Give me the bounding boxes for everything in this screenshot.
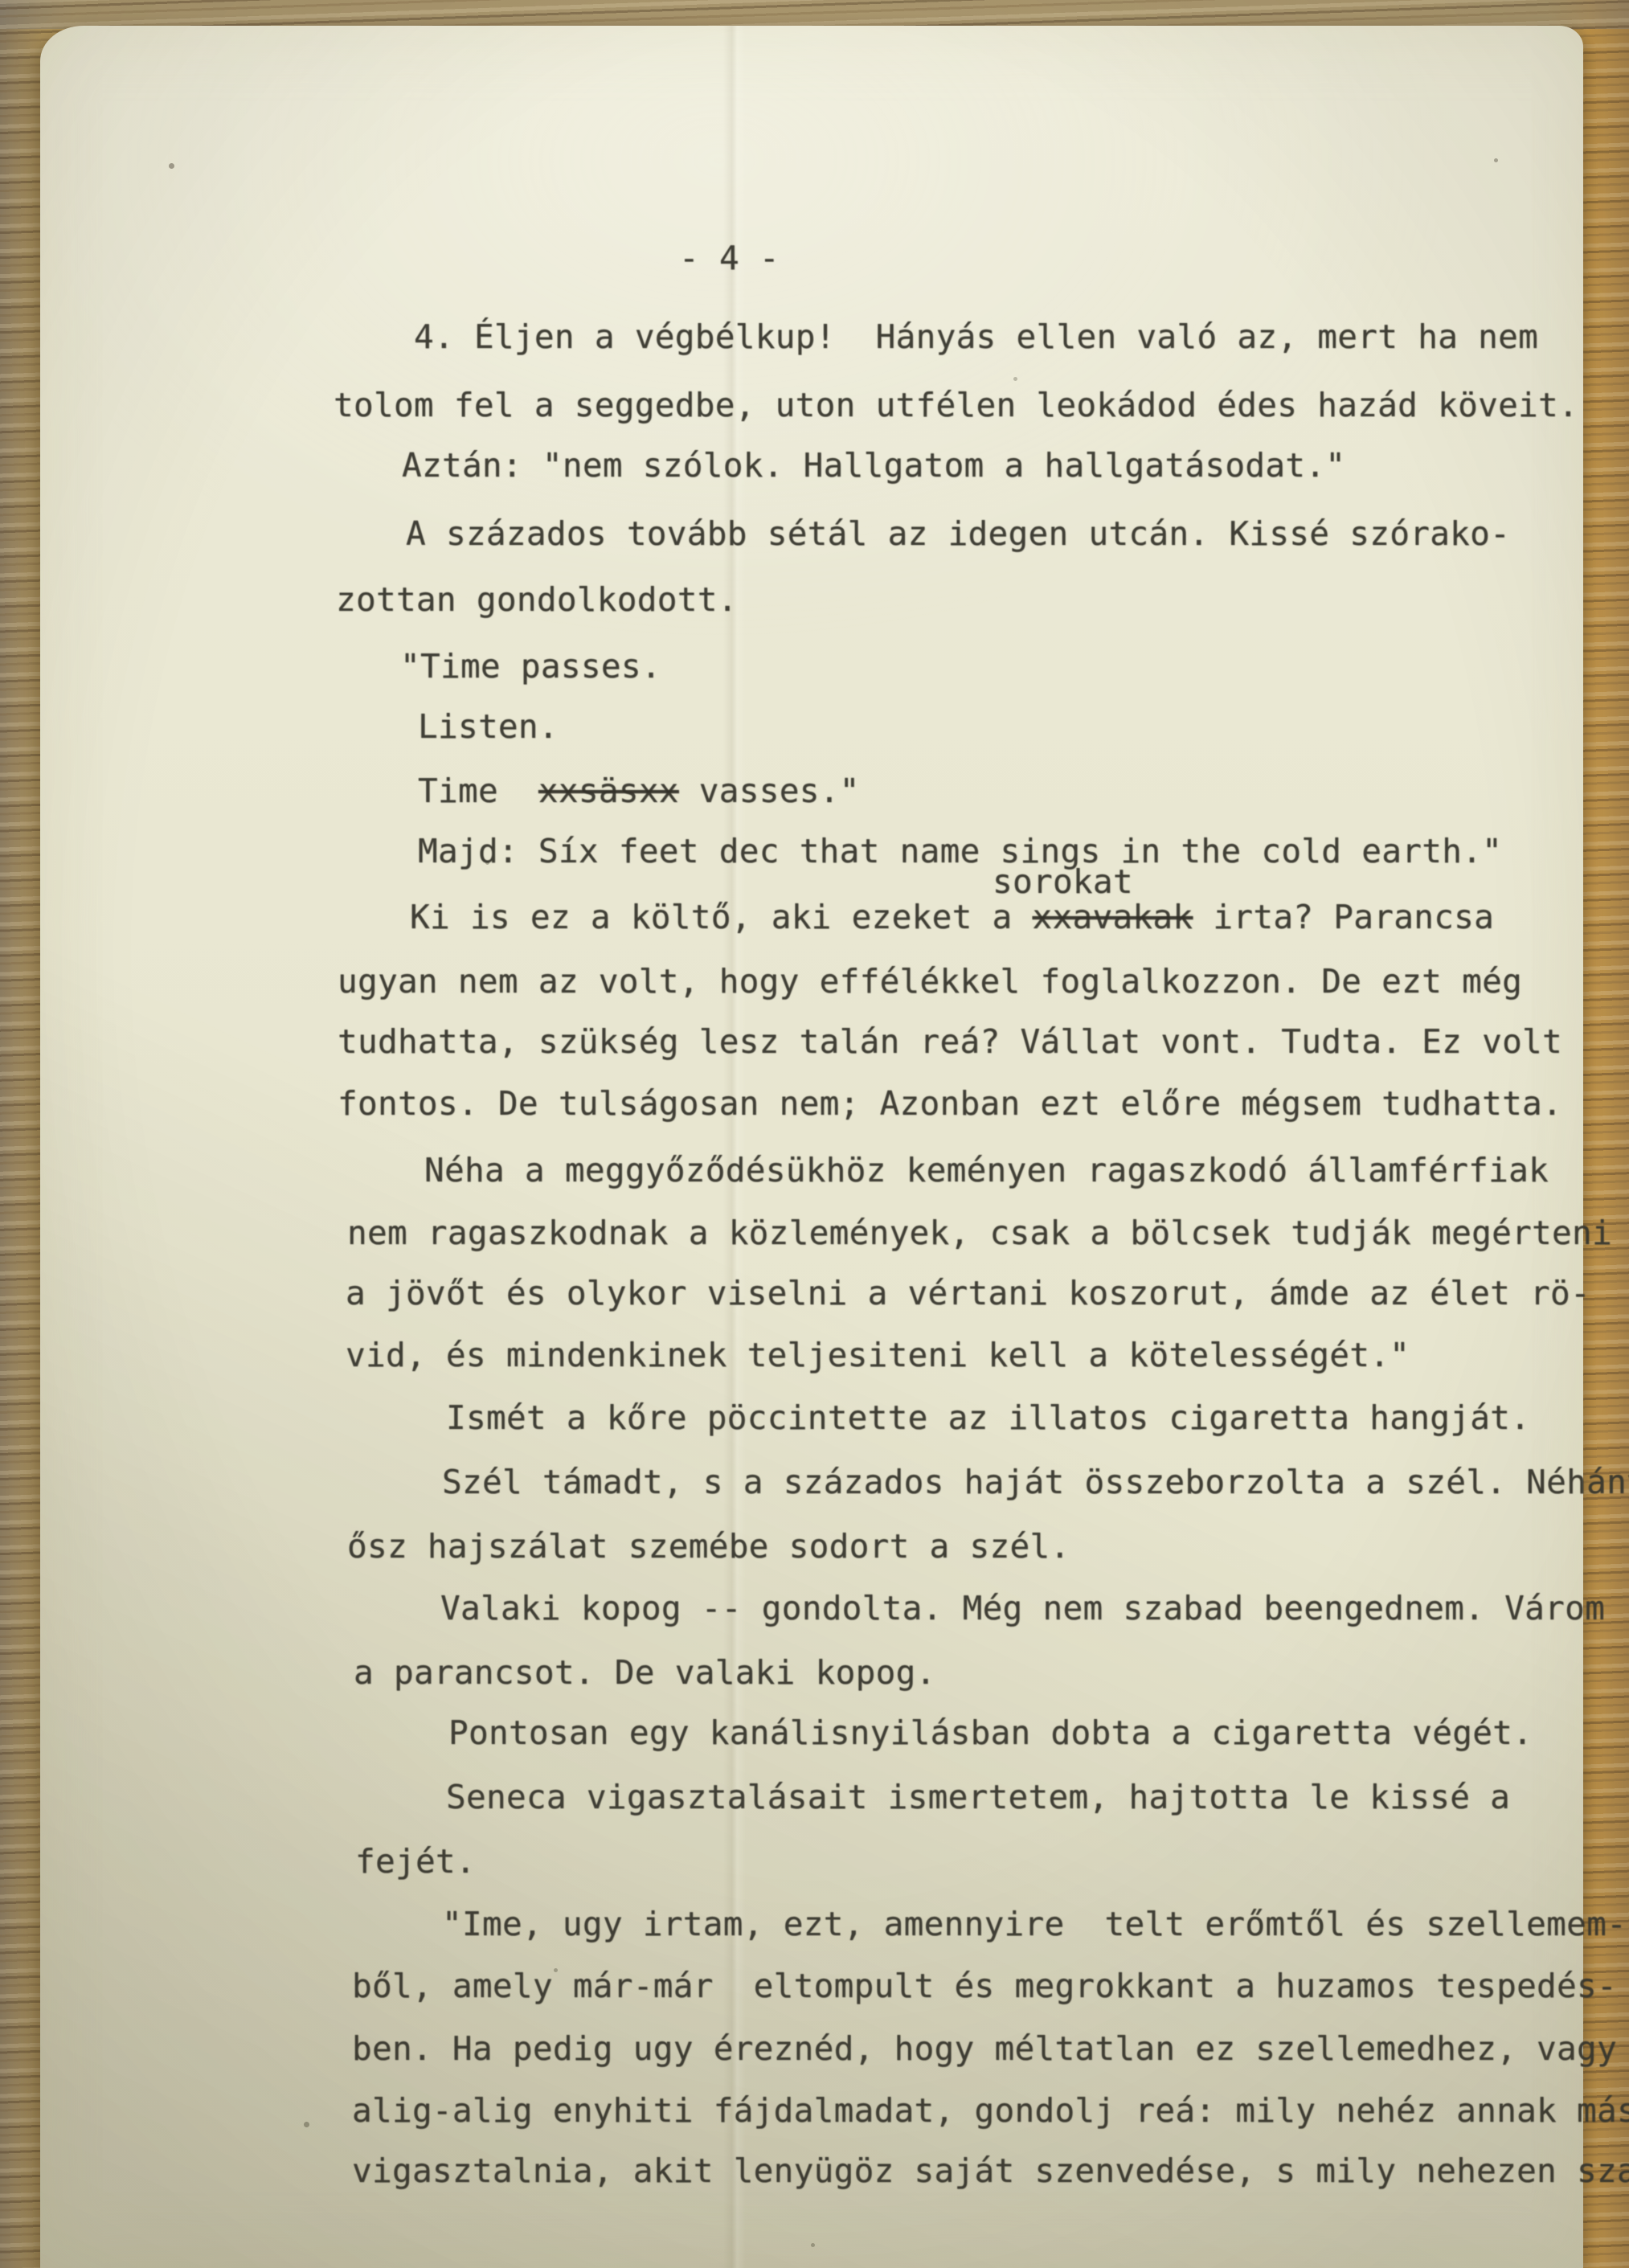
typed-line: Valaki kopog -- gondolta. Még nem szabad… [440,1592,1605,1625]
desk-surface: - 4 -4. Éljen a végbélkup! Hányás ellen … [0,0,1629,2268]
typed-line: ben. Ha pedig ugy éreznéd, hogy méltatla… [352,2033,1617,2065]
typed-text: nem ragaszkodnak a közlemények, csak a b… [347,1214,1612,1252]
typed-line: ősz hajszálat szemébe sodort a szél. [347,1530,1070,1563]
typed-text: a parancsot. De valaki kopog. [354,1653,936,1692]
typed-text: "Time passes. [400,647,661,686]
typewritten-page: - 4 -4. Éljen a végbélkup! Hányás ellen … [40,26,1583,2268]
typed-text: Valaki kopog -- gondolta. Még nem szabad… [440,1589,1605,1627]
typed-line: "Ime, ugy irtam, ezt, amennyire telt erő… [442,1908,1627,1941]
typed-line: Ismét a kőre pöccintette az illatos ciga… [446,1402,1530,1435]
typed-text: tolom fel a seggedbe, uton utfélen leoká… [334,386,1578,424]
typed-line: ugyan nem az volt, hogy effélékkel fogla… [338,965,1522,998]
typed-text: 4. Éljen a végbélkup! Hányás ellen való … [414,317,1538,356]
typed-text: ben. Ha pedig ugy éreznéd, hogy méltatla… [352,2029,1617,2068]
typed-line: Pontosan egy kanálisnyilásban dobta a ci… [448,1717,1533,1750]
typed-text: Seneca vigasztalásait ismertetem, hajtot… [446,1778,1510,1816]
typed-text: ből, amely már-már eltompult és megrokka… [352,1967,1617,2005]
typed-line: a parancsot. De valaki kopog. [354,1656,936,1689]
typed-text: Listen. [418,707,559,746]
typed-line: 4. Éljen a végbélkup! Hányás ellen való … [414,321,1538,354]
typed-line: Ki is ez a költő, aki ezeket a xxavakak … [410,901,1494,934]
typed-text: sorokat [993,862,1133,901]
typed-text: - 4 - [679,239,780,277]
typed-line: Szél támadt, s a százados haját összebor… [442,1466,1629,1499]
typed-text: tudhatta, szükség lesz talán reá? Vállat… [338,1022,1562,1061]
typed-line: Seneca vigasztalásait ismertetem, hajtot… [446,1781,1510,1814]
typed-line: ből, amely már-már eltompult és megrokka… [352,1970,1617,2003]
typed-line: nem ragaszkodnak a közlemények, csak a b… [347,1217,1612,1250]
typed-text: Majd: Síx feet dec that name sings in th… [418,832,1502,870]
typed-line: tolom fel a seggedbe, uton utfélen leoká… [334,389,1578,422]
typed-text-layer: - 4 -4. Éljen a végbélkup! Hányás ellen … [40,26,1583,2268]
typed-text: Time [418,772,538,810]
typed-line: zottan gondolkodott. [336,583,738,616]
typed-line: Néha a meggyőződésükhöz keményen ragaszk… [424,1154,1549,1187]
typed-text: vasses." [679,772,860,810]
typed-text: Pontosan egy kanálisnyilásban dobta a ci… [448,1713,1533,1752]
typed-line: tudhatta, szükség lesz talán reá? Vállat… [338,1026,1562,1058]
typed-text: vid, és mindenkinek teljesiteni kell a k… [346,1336,1410,1374]
typed-line: Time xxsäsxx vasses." [418,775,860,808]
typed-text: fontos. De tulságosan nem; Azonban ezt e… [338,1084,1562,1123]
typed-line: vid, és mindenkinek teljesiteni kell a k… [346,1339,1410,1372]
typed-line: Majd: Síx feet dec that name sings in th… [418,835,1502,868]
typed-text: "Ime, ugy irtam, ezt, amennyire telt erő… [442,1905,1627,1943]
typed-line: Aztán: "nem szólok. Hallgatom a hallgatá… [402,449,1345,482]
inserted-word-annotation: sorokat [993,866,1133,899]
struck-out-word: xxavakak [1033,898,1193,936]
typed-text: irta? Parancsa [1193,898,1494,936]
typed-line: alig-alig enyhiti fájdalmadat, gondolj r… [352,2094,1629,2127]
typed-text: zottan gondolkodott. [336,580,738,619]
typed-text: fejét. [355,1842,476,1881]
typed-text: Ismét a kőre pöccintette az illatos ciga… [446,1398,1530,1437]
typed-text: a jövőt és olykor viselni a vértani kosz… [346,1274,1590,1312]
typed-line: a jövőt és olykor viselni a vértani kosz… [346,1277,1590,1310]
typed-text: vigasztalnia, akit lenyügöz saját szenve… [352,2151,1629,2190]
typed-line: vigasztalnia, akit lenyügöz saját szenve… [352,2155,1629,2188]
typed-text: Ki is ez a költő, aki ezeket a [410,898,1033,936]
page-number: - 4 - [679,242,780,275]
typed-text: Szél támadt, s a százados haját összebor… [442,1463,1629,1501]
typed-line: fontos. De tulságosan nem; Azonban ezt e… [338,1087,1562,1120]
typed-line: "Time passes. [400,650,661,683]
typed-line: A százados tovább sétál az idegen utcán.… [406,518,1510,551]
typed-text: ugyan nem az volt, hogy effélékkel fogla… [338,962,1522,1001]
typed-line: Listen. [418,710,559,743]
typed-line: fejét. [355,1845,476,1878]
typed-text: Aztán: "nem szólok. Hallgatom a hallgatá… [402,446,1345,485]
typed-text: alig-alig enyhiti fájdalmadat, gondolj r… [352,2091,1629,2130]
struck-out-word: xxsäsxx [538,772,679,810]
typed-text: ősz hajszálat szemébe sodort a szél. [347,1527,1070,1566]
typed-text: Néha a meggyőződésükhöz keményen ragaszk… [424,1151,1549,1189]
typed-text: A százados tovább sétál az idegen utcán.… [406,514,1510,553]
